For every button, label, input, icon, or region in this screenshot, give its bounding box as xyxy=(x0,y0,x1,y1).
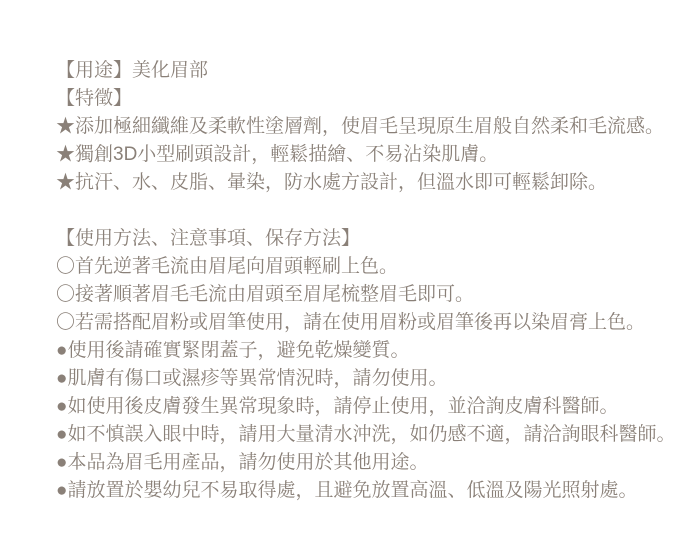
caution-item: ●本品為眉毛用產品，請勿使用於其他用途。 xyxy=(56,449,690,477)
product-instructions-document: 【用途】美化眉部 【特徵】 ★添加極細纖維及柔軟性塗層劑，使眉毛呈現原生眉般自然… xyxy=(56,57,690,505)
features-heading: 【特徵】 xyxy=(56,85,690,113)
caution-item: ●請放置於嬰幼兒不易取得處，且避免放置高溫、低溫及陽光照射處。 xyxy=(56,477,690,505)
caution-item: ●如使用後皮膚發生異常現象時，請停止使用，並洽詢皮膚科醫師。 xyxy=(56,393,690,421)
usage-step: 〇首先逆著毛流由眉尾向眉頭輕刷上色。 xyxy=(56,253,690,281)
usage-step: 〇接著順著眉毛毛流由眉頭至眉尾梳整眉毛即可。 xyxy=(56,281,690,309)
feature-item: ★獨創3D小型刷頭設計，輕鬆描繪、不易沾染肌膚。 xyxy=(56,141,690,169)
feature-item: ★添加極細纖維及柔軟性塗層劑，使眉毛呈現原生眉般自然柔和毛流感。 xyxy=(56,113,690,141)
purpose-line: 【用途】美化眉部 xyxy=(56,57,690,85)
usage-notes-heading: 【使用方法、注意事項、保存方法】 xyxy=(56,225,690,253)
blank-line xyxy=(56,197,690,225)
feature-item: ★抗汗、水、皮脂、暈染，防水處方設計，但溫水即可輕鬆卸除。 xyxy=(56,169,690,197)
caution-item: ●肌膚有傷口或濕疹等異常情況時，請勿使用。 xyxy=(56,365,690,393)
caution-item: ●使用後請確實緊閉蓋子，避免乾燥變質。 xyxy=(56,337,690,365)
caution-item: ●如不慎誤入眼中時，請用大量清水沖洗，如仍感不適，請洽詢眼科醫師。 xyxy=(56,421,690,449)
usage-step: 〇若需搭配眉粉或眉筆使用，請在使用眉粉或眉筆後再以染眉膏上色。 xyxy=(56,309,690,337)
